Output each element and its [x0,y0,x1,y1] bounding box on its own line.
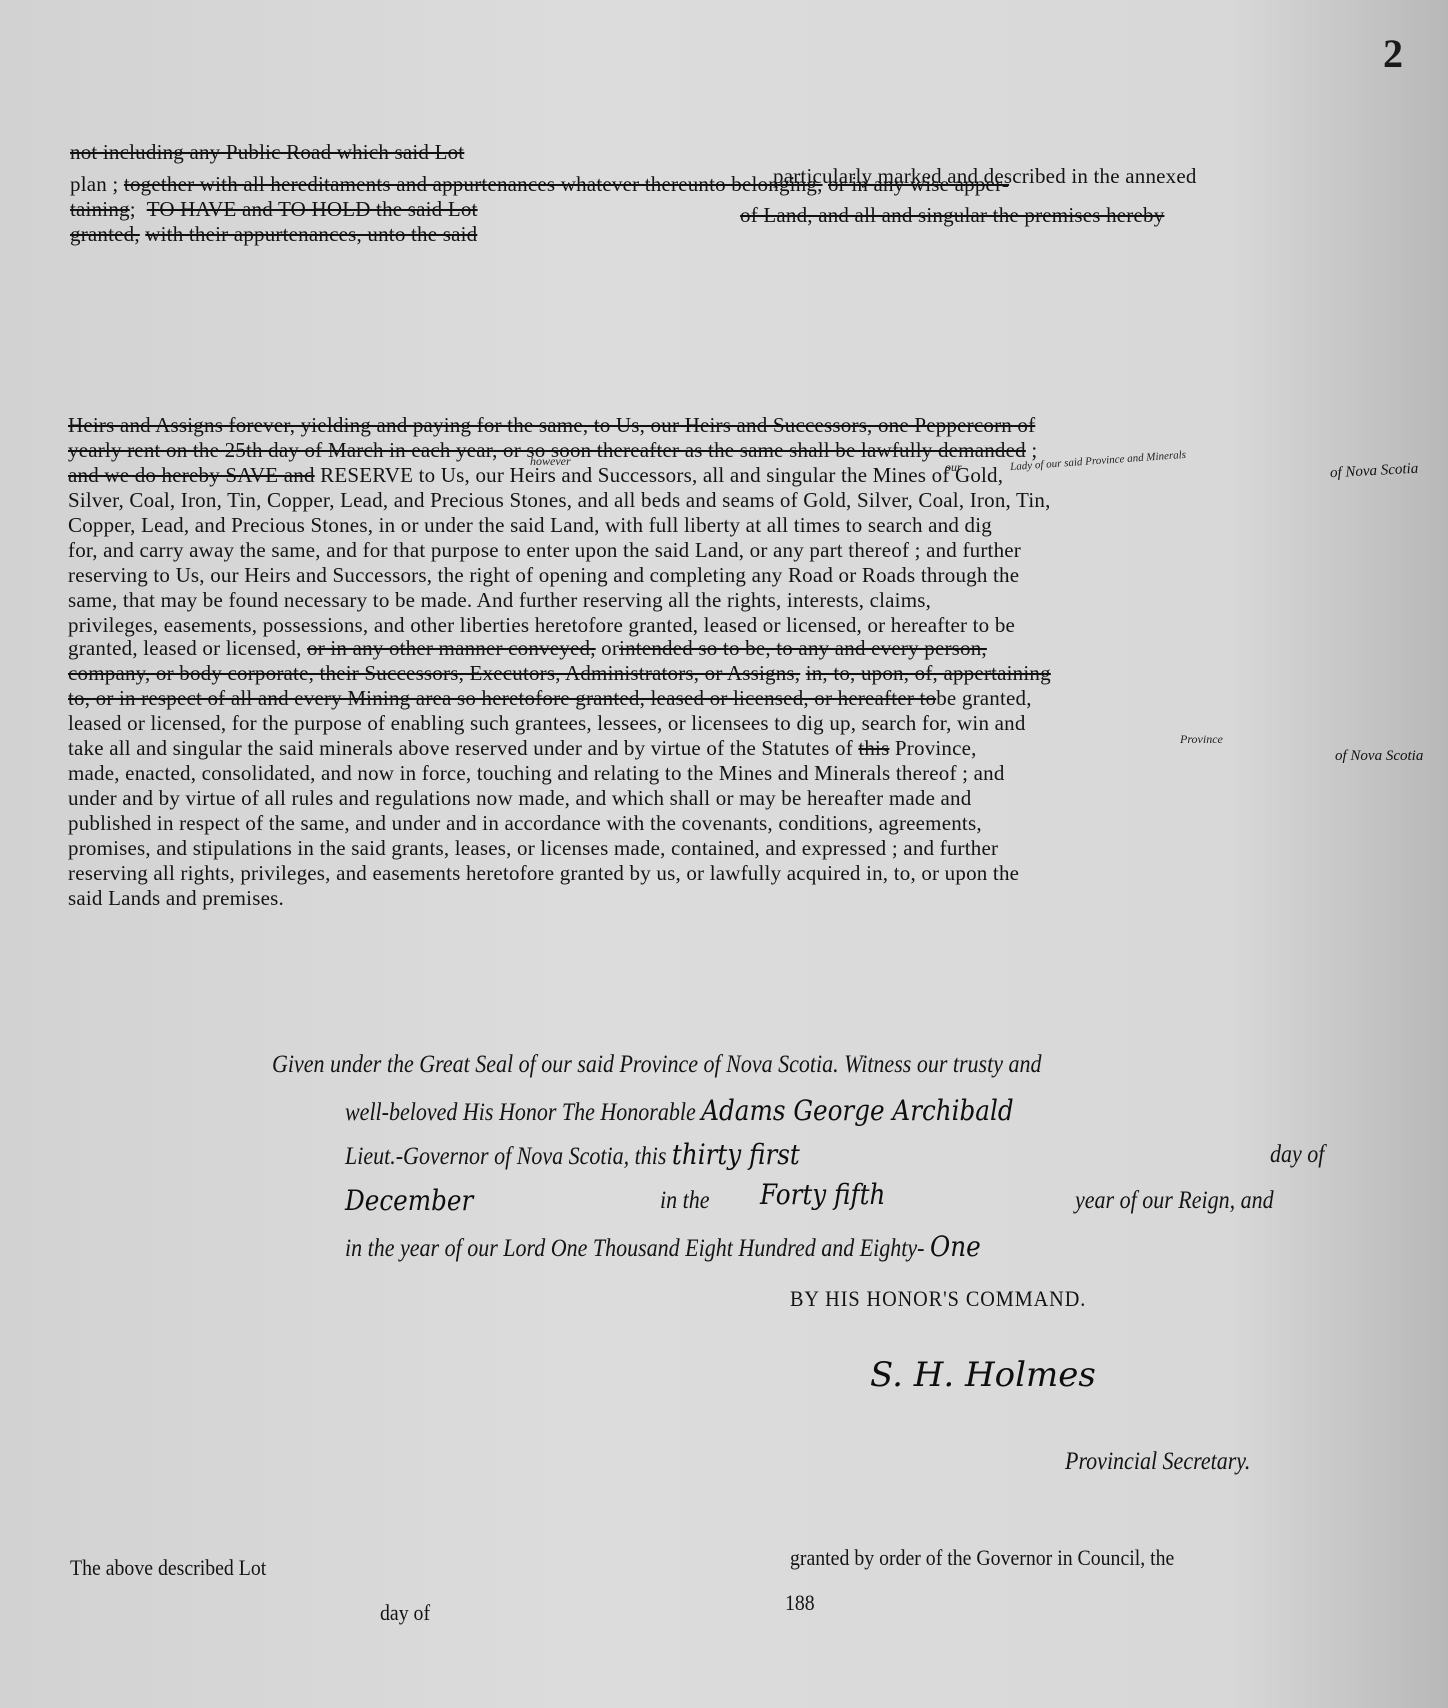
struck-text: with their appurtenances, unto the said [145,222,477,246]
main-line-10: granted, leased or licensed, or in any o… [68,636,987,661]
struck-text: or in any wise apper- [828,172,1009,196]
plain-text: reserving to Us, our Heirs and Successor… [68,563,1019,587]
plain-text: Silver, Coal, Iron, Tin, Copper, Lead, a… [68,488,1051,512]
printed-text: Lieut.-Governor of Nova Scotia, this [345,1143,666,1170]
plain-text: ; [130,197,136,221]
main-line-14: take all and singular the said minerals … [68,736,977,761]
footer-day-of: day of [380,1600,430,1626]
plain-text: Province, [895,736,977,760]
struck-text: granted, [70,222,140,246]
margin-note-nova-scotia-2: of Nova Scotia [1335,748,1423,765]
struck-text: in, to, upon, of, appertaining [806,661,1051,685]
attestation-line-4: December [345,1186,473,1218]
struck-text: and we do hereby SAVE and [68,463,315,487]
main-line-15: made, enacted, consolidated, and now in … [68,761,1005,786]
plain-text: published in respect of the same, and un… [68,811,982,835]
printed-text: in the year of our Lord One Thousand Eig… [345,1235,925,1262]
main-line-8: same, that may be found necessary to be … [68,588,931,613]
handwritten-year: One [930,1230,981,1263]
plain-text: promises, and stipulations in the said g… [68,836,998,860]
main-line-19: reserving all rights, privileges, and ea… [68,861,1019,886]
plain-text: Copper, Lead, and Precious Stones, in or… [68,513,992,537]
top-line-3: taining; TO HAVE and TO HOLD the said Lo… [70,197,478,222]
struck-text: company, or body corporate, their Succes… [68,661,800,685]
struck-text: not including any Public Road which said… [70,140,464,164]
footer-left: The above described Lot [70,1555,266,1581]
main-line-20: said Lands and premises. [68,886,284,911]
main-line-16: under and by virtue of all rules and reg… [68,786,971,811]
plain-text: reserving all rights, privileges, and ea… [68,861,1019,885]
top-line-4: granted, with their appurtenances, unto … [70,222,477,247]
struck-text: to, or in respect of all and every Minin… [68,686,936,710]
handwritten-month: December [345,1184,473,1217]
plain-text: for, and carry away the same, and for th… [68,538,1021,562]
struck-text: together with all hereditaments and appu… [124,172,823,196]
plain-text: leased or licensed, for the purpose of e… [68,711,1026,735]
main-line-4: Silver, Coal, Iron, Tin, Copper, Lead, a… [68,488,1051,513]
plain-text: under and by virtue of all rules and reg… [68,786,971,810]
annotation-however: however [530,454,571,469]
attestation-in-the: in the [660,1186,710,1216]
signatory-title: Provincial Secretary. [1065,1447,1250,1477]
handwritten-reign-year: Forty fifth [760,1178,885,1211]
footer-year: 188 [785,1590,815,1616]
main-line-11: company, or body corporate, their Succes… [68,661,1051,686]
main-line-6: for, and carry away the same, and for th… [68,538,1021,563]
attestation-line-3: Lieut.-Governor of Nova Scotia, this thi… [345,1140,800,1172]
attestation-reign-year: Forty fifth [760,1180,885,1212]
handwritten-day: thirty first [672,1138,800,1171]
plain-text: same, that may be found necessary to be … [68,588,931,612]
plain-text: said Lands and premises. [68,886,284,910]
plain-text: made, enacted, consolidated, and now in … [68,761,1005,785]
plain-text: plan ; [70,172,118,196]
page-number: 2 [1383,30,1403,77]
main-line-18: promises, and stipulations in the said g… [68,836,998,861]
top-line-3-right: of Land, and all and singular the premis… [740,203,1164,228]
struck-text: TO HAVE and TO HOLD the said Lot [147,197,478,221]
document-page: 2 not including any Public Road which sa… [0,0,1448,1708]
main-line-5: Copper, Lead, and Precious Stones, in or… [68,513,992,538]
struck-text: taining [70,197,130,221]
attestation-reign-tail: year of our Reign, and [1075,1186,1274,1216]
plain-text: or [601,636,619,660]
signature: S. H. Holmes [870,1355,1096,1395]
struck-text: this [858,736,889,760]
plain-text: privileges, easements, possessions, and … [68,613,1015,637]
annotation-province: Province [1180,732,1223,747]
command-heading: BY HIS HONOR'S COMMAND. [790,1286,1086,1312]
printed-text: well-beloved His Honor The Honorable [345,1099,696,1126]
attestation-day-of: day of [1270,1140,1324,1170]
struck-text: of Land, and all and singular the premis… [740,203,1164,227]
top-line-1: not including any Public Road which said… [70,140,464,165]
attestation-line-1: Given under the Great Seal of our said P… [272,1050,1042,1080]
struck-text: or in any other manner conveyed, [307,636,596,660]
main-line-13: leased or licensed, for the purpose of e… [68,711,1026,736]
footer-right: granted by order of the Governor in Coun… [790,1545,1174,1571]
main-line-1: Heirs and Assigns forever, yielding and … [68,413,1035,438]
margin-note-nova-scotia-1: of Nova Scotia [1330,461,1419,483]
attestation-line-2: well-beloved His Honor The Honorable Ada… [345,1096,1014,1128]
plain-text: RESERVE to Us, our Heirs and Successors,… [320,463,1003,487]
plain-text: take all and singular the said minerals … [68,736,853,760]
main-line-7: reserving to Us, our Heirs and Successor… [68,563,1019,588]
attestation-line-5: in the year of our Lord One Thousand Eig… [345,1232,981,1264]
top-line-2: plan ; together with all hereditaments a… [70,172,1009,197]
plain-text: be granted, [936,686,1032,710]
main-line-17: published in respect of the same, and un… [68,811,982,836]
annotation-our: our [945,460,962,475]
struck-text: Heirs and Assigns forever, yielding and … [68,413,1035,437]
handwritten-governor-name: Adams George Archibald [701,1094,1013,1127]
main-line-9: privileges, easements, possessions, and … [68,613,1015,638]
struck-text: intended so to be, to any and every pers… [619,636,987,660]
plain-text: granted, leased or licensed, [68,636,302,660]
main-line-12: to, or in respect of all and every Minin… [68,686,1032,711]
